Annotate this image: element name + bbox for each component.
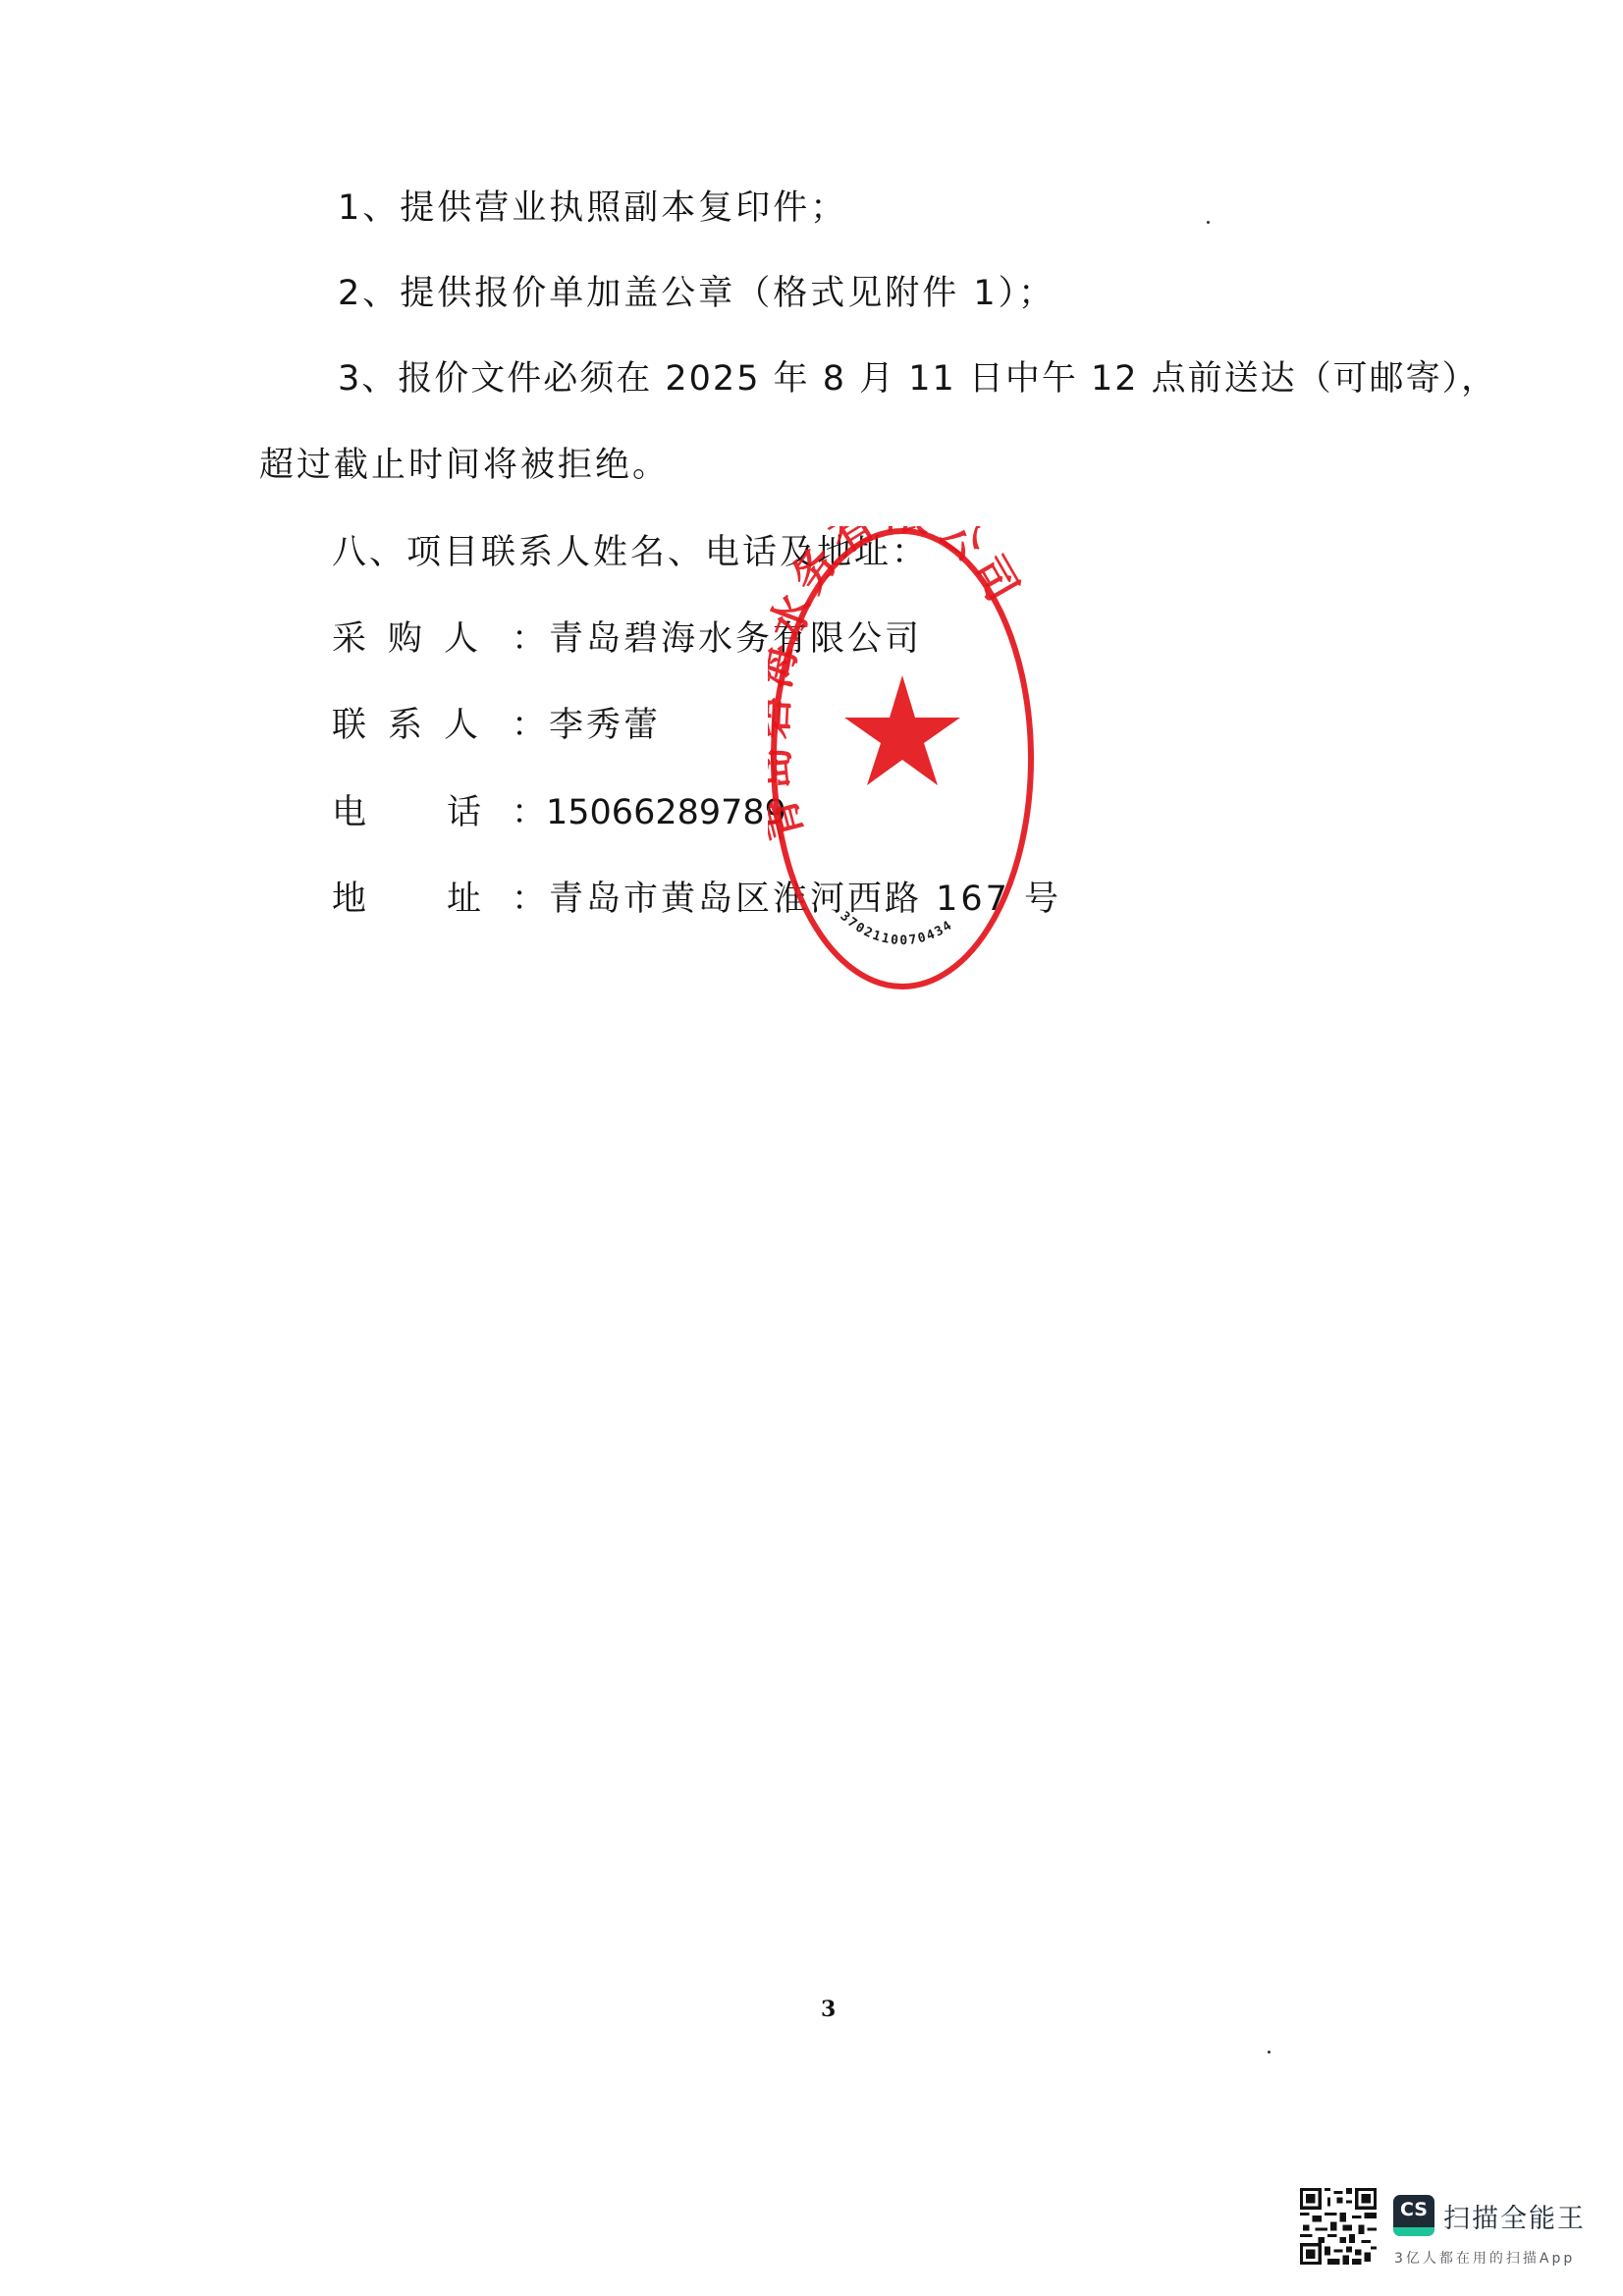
contact-row-address: 地 址 ：青岛市黄岛区淮河西路 167 号 <box>332 878 1061 921</box>
requirement-1: 1、提供营业执照副本复印件； <box>338 187 847 230</box>
requirement-2: 2、提供报价单加盖公章（格式见附件 1）； <box>338 272 1055 315</box>
contact-label-phone-char-2: 话 <box>447 791 484 834</box>
page-number: 3 <box>821 1997 836 2022</box>
scan-speck <box>1268 2051 1271 2054</box>
camscanner-logo-text: CS <box>1393 2199 1434 2220</box>
camscanner-title: 扫描全能王 <box>1443 2197 1586 2235</box>
contact-value-phone: ：15066289789 <box>512 791 786 834</box>
contact-row-purchaser: 采购人：青岛碧海水务有限公司 <box>332 617 922 661</box>
camscanner-watermark: CS 扫描全能王 3亿人都在用的扫描App <box>1300 2188 1595 2269</box>
contact-row-phone: 电 话 ：15066289789 <box>332 791 786 834</box>
camscanner-subtitle: 3亿人都在用的扫描App <box>1394 2248 1575 2268</box>
scan-speck <box>1207 221 1210 224</box>
qr-code-icon <box>1300 2188 1377 2265</box>
camscanner-logo-accent <box>1393 2227 1434 2236</box>
contact-label-address-char-2: 址 <box>447 878 484 921</box>
contact-label-person: 联系人 <box>332 704 512 747</box>
company-seal-stamp: 青岛碧海水务有限公司 3702110070434 <box>768 526 1037 991</box>
contact-value-purchaser: ：青岛碧海水务有限公司 <box>512 617 922 661</box>
contact-value-person: ：李秀蕾 <box>512 704 661 747</box>
contact-label-purchaser: 采购人 <box>332 617 512 661</box>
requirement-3: 3、报价文件必须在 2025 年 8 月 11 日中午 12 点前送达（可邮寄）… <box>338 357 1497 400</box>
stamp-star-icon <box>844 675 960 785</box>
camscanner-logo-icon: CS <box>1393 2195 1434 2236</box>
scanned-document-page: 1、提供营业执照副本复印件； 2、提供报价单加盖公章（格式见附件 1）； 3、报… <box>0 0 1623 2296</box>
requirement-3-continuation: 超过截止时间将被拒绝。 <box>259 444 670 487</box>
contact-value-address: ：青岛市黄岛区淮河西路 167 号 <box>512 878 1061 921</box>
contact-label-phone-char-1: 电 <box>332 793 369 832</box>
section-heading-contacts: 八、项目联系人姓名、电话及地址： <box>332 531 929 574</box>
contact-label-address-char-1: 地 <box>332 880 369 919</box>
contact-label-address: 地 址 <box>332 878 512 921</box>
contact-label-phone: 电 话 <box>332 791 512 834</box>
contact-row-person: 联系人：李秀蕾 <box>332 704 661 747</box>
